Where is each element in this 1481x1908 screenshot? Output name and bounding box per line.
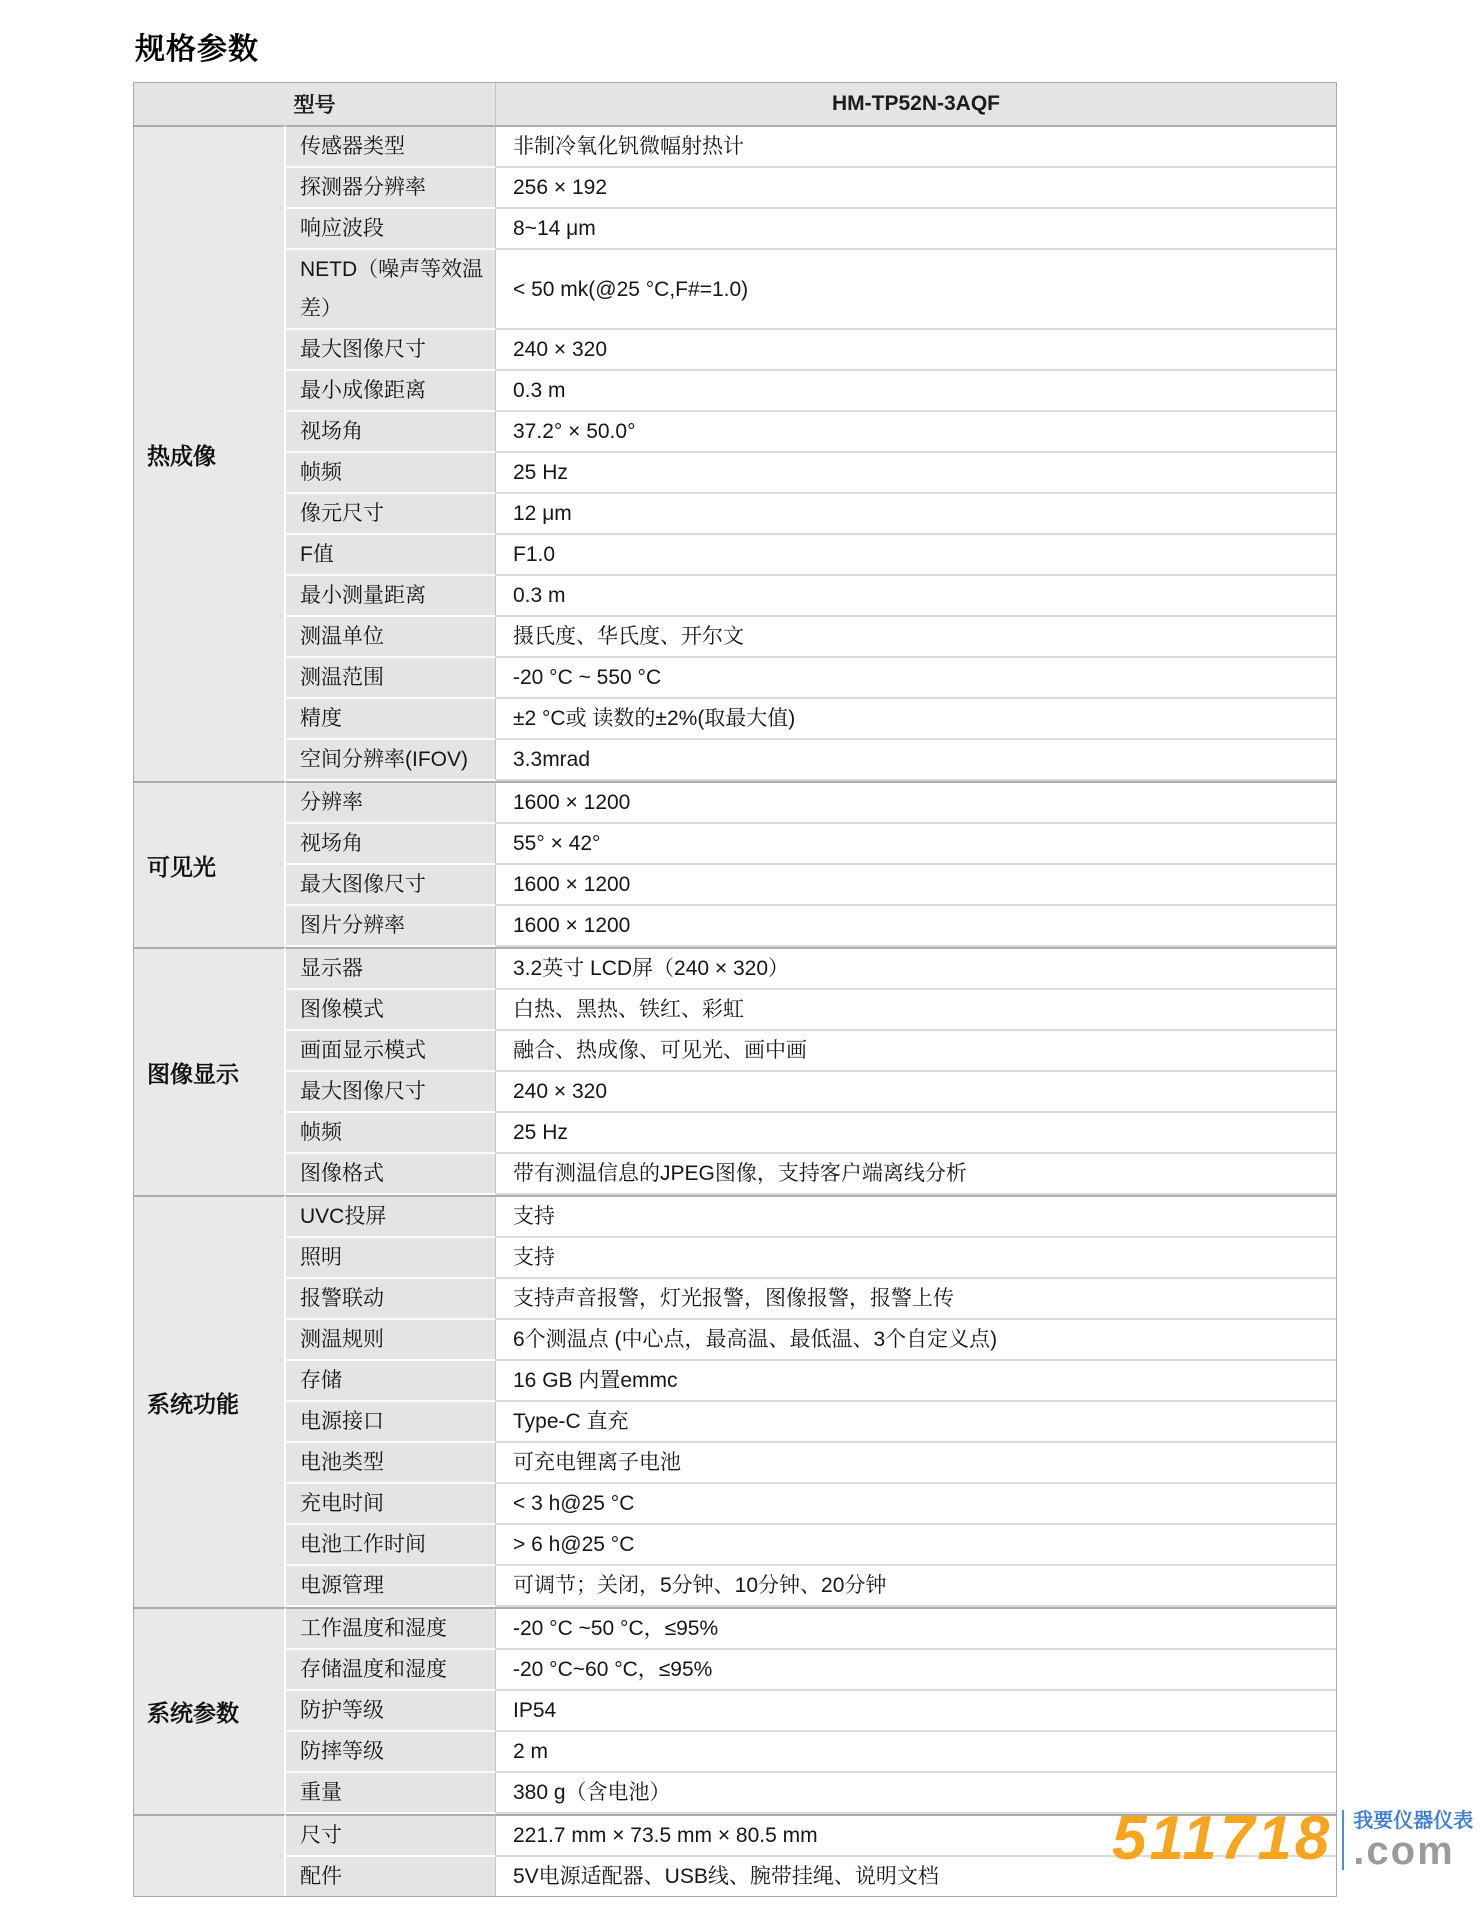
- table-row: 画面显示模式融合、热成像、可见光、画中画: [134, 1031, 1336, 1072]
- spec-label: 最小测量距离: [286, 576, 496, 617]
- spec-label: 画面显示模式: [286, 1031, 496, 1072]
- spec-label: 精度: [286, 699, 496, 740]
- table-row: 像元尺寸12 μm: [134, 494, 1336, 535]
- spec-label: 传感器类型: [286, 125, 496, 168]
- table-row: 系统参数工作温度和湿度-20 °C ~50 °C，≤95%: [134, 1607, 1336, 1650]
- spec-label: F值: [286, 535, 496, 576]
- table-row: 图像显示显示器3.2英寸 LCD屏（240 × 320）: [134, 947, 1336, 990]
- spec-label: 视场角: [286, 824, 496, 865]
- spec-value: -20 °C ~50 °C，≤95%: [496, 1607, 1336, 1650]
- spec-value: 8~14 μm: [496, 209, 1336, 250]
- table-row: 充电时间< 3 h@25 °C: [134, 1484, 1336, 1525]
- table-row: 最大图像尺寸1600 × 1200: [134, 865, 1336, 906]
- spec-label: 电源管理: [286, 1566, 496, 1607]
- spec-label: 测温范围: [286, 658, 496, 699]
- table-row: 存储16 GB 内置emmc: [134, 1361, 1336, 1402]
- spec-label: 像元尺寸: [286, 494, 496, 535]
- table-row: 视场角55° × 42°: [134, 824, 1336, 865]
- spec-value: 6个测温点 (中心点，最高温、最低温、3个自定义点): [496, 1320, 1336, 1361]
- spec-label: 尺寸: [286, 1814, 496, 1857]
- spec-value: 可充电锂离子电池: [496, 1443, 1336, 1484]
- table-row: 系统功能UVC投屏支持: [134, 1195, 1336, 1238]
- spec-label: 电池工作时间: [286, 1525, 496, 1566]
- spec-label: 最大图像尺寸: [286, 1072, 496, 1113]
- spec-label: 图像格式: [286, 1154, 496, 1195]
- spec-label: 测温规则: [286, 1320, 496, 1361]
- spec-value: -20 °C ~ 550 °C: [496, 658, 1336, 699]
- group-label: 系统功能: [134, 1195, 286, 1607]
- spec-value: 支持: [496, 1195, 1336, 1238]
- spec-value: 55° × 42°: [496, 824, 1336, 865]
- table-row: 图像模式白热、黑热、铁红、彩虹: [134, 990, 1336, 1031]
- spec-label: 最大图像尺寸: [286, 330, 496, 371]
- table-row: 探测器分辨率256 × 192: [134, 168, 1336, 209]
- spec-value: Type-C 直充: [496, 1402, 1336, 1443]
- spec-value: 非制冷氧化钒微幅射热计: [496, 125, 1336, 168]
- watermark-number: 511718: [1112, 1808, 1332, 1870]
- spec-label: 电池类型: [286, 1443, 496, 1484]
- spec-value: 融合、热成像、可见光、画中画: [496, 1031, 1336, 1072]
- spec-value: 可调节；关闭，5分钟、10分钟、20分钟: [496, 1566, 1336, 1607]
- table-row: 最大图像尺寸240 × 320: [134, 1072, 1336, 1113]
- spec-value: 0.3 m: [496, 371, 1336, 412]
- table-row: NETD（噪声等效温差）< 50 mk(@25 °C,F#=1.0): [134, 250, 1336, 330]
- watermark-right: 我要仪器仪表 .com: [1342, 1810, 1473, 1870]
- spec-value: 3.2英寸 LCD屏（240 × 320）: [496, 947, 1336, 990]
- table-row: 测温范围-20 °C ~ 550 °C: [134, 658, 1336, 699]
- spec-value: -20 °C~60 °C，≤95%: [496, 1650, 1336, 1691]
- table-row: 空间分辨率(IFOV)3.3mrad: [134, 740, 1336, 781]
- table-row: F值F1.0: [134, 535, 1336, 576]
- spec-value: > 6 h@25 °C: [496, 1525, 1336, 1566]
- page-title: 规格参数: [135, 24, 1481, 68]
- spec-label: 防摔等级: [286, 1732, 496, 1773]
- spec-value: < 50 mk(@25 °C,F#=1.0): [496, 250, 1336, 330]
- spec-value: 12 μm: [496, 494, 1336, 535]
- spec-label: 防护等级: [286, 1691, 496, 1732]
- spec-label: 分辨率: [286, 781, 496, 824]
- spec-value: 25 Hz: [496, 453, 1336, 494]
- table-row: 最小测量距离0.3 m: [134, 576, 1336, 617]
- table-row: 防摔等级2 m: [134, 1732, 1336, 1773]
- group-label: 可见光: [134, 781, 286, 947]
- table-row: 图像格式带有测温信息的JPEG图像，支持客户端离线分析: [134, 1154, 1336, 1195]
- group-label: [134, 1814, 286, 1896]
- table-row: 存储温度和湿度-20 °C~60 °C，≤95%: [134, 1650, 1336, 1691]
- spec-value: 支持声音报警，灯光报警，图像报警，报警上传: [496, 1279, 1336, 1320]
- spec-table: 型号 HM-TP52N-3AQF 热成像传感器类型非制冷氧化钒微幅射热计探测器分…: [133, 82, 1337, 1897]
- spec-label: UVC投屏: [286, 1195, 496, 1238]
- spec-value: 0.3 m: [496, 576, 1336, 617]
- spec-value: IP54: [496, 1691, 1336, 1732]
- watermark-logo: 511718 我要仪器仪表 .com: [1112, 1808, 1473, 1870]
- table-row: 电池类型可充电锂离子电池: [134, 1443, 1336, 1484]
- spec-value: ±2 °C或 读数的±2%(取最大值): [496, 699, 1336, 740]
- spec-label: 存储: [286, 1361, 496, 1402]
- table-header-row: 型号 HM-TP52N-3AQF: [134, 83, 1336, 125]
- table-row: 防护等级IP54: [134, 1691, 1336, 1732]
- spec-label: 报警联动: [286, 1279, 496, 1320]
- spec-value: 37.2° × 50.0°: [496, 412, 1336, 453]
- spec-label: 工作温度和湿度: [286, 1607, 496, 1650]
- table-row: 照明支持: [134, 1238, 1336, 1279]
- table-row: 帧频25 Hz: [134, 1113, 1336, 1154]
- spec-label: 重量: [286, 1773, 496, 1814]
- spec-value: F1.0: [496, 535, 1336, 576]
- spec-value: 1600 × 1200: [496, 906, 1336, 947]
- table-row: 测温规则6个测温点 (中心点，最高温、最低温、3个自定义点): [134, 1320, 1336, 1361]
- table-row: 测温单位摄氏度、华氏度、开尔文: [134, 617, 1336, 658]
- spec-label: 帧频: [286, 1113, 496, 1154]
- model-header-label: 型号: [134, 83, 496, 125]
- table-row: 热成像传感器类型非制冷氧化钒微幅射热计: [134, 125, 1336, 168]
- spec-label: 图像模式: [286, 990, 496, 1031]
- table-row: 帧频25 Hz: [134, 453, 1336, 494]
- model-number: HM-TP52N-3AQF: [496, 83, 1336, 125]
- spec-label: 探测器分辨率: [286, 168, 496, 209]
- table-row: 电源管理可调节；关闭，5分钟、10分钟、20分钟: [134, 1566, 1336, 1607]
- table-row: 报警联动支持声音报警，灯光报警，图像报警，报警上传: [134, 1279, 1336, 1320]
- spec-label: 帧频: [286, 453, 496, 494]
- table-row: 最大图像尺寸240 × 320: [134, 330, 1336, 371]
- spec-value: 3.3mrad: [496, 740, 1336, 781]
- spec-table-body: 热成像传感器类型非制冷氧化钒微幅射热计探测器分辨率256 × 192响应波段8~…: [134, 125, 1336, 1896]
- table-row: 电池工作时间> 6 h@25 °C: [134, 1525, 1336, 1566]
- group-label: 系统参数: [134, 1607, 286, 1814]
- spec-value: 支持: [496, 1238, 1336, 1279]
- spec-label: 充电时间: [286, 1484, 496, 1525]
- spec-label: 图片分辨率: [286, 906, 496, 947]
- group-label: 热成像: [134, 125, 286, 781]
- spec-value: 256 × 192: [496, 168, 1336, 209]
- spec-label: 最大图像尺寸: [286, 865, 496, 906]
- spec-value: 2 m: [496, 1732, 1336, 1773]
- spec-value: < 3 h@25 °C: [496, 1484, 1336, 1525]
- spec-label: 显示器: [286, 947, 496, 990]
- spec-label: 照明: [286, 1238, 496, 1279]
- group-label: 图像显示: [134, 947, 286, 1195]
- spec-value: 240 × 320: [496, 1072, 1336, 1113]
- spec-label: 测温单位: [286, 617, 496, 658]
- watermark-domain: .com: [1353, 1832, 1454, 1870]
- spec-label: 响应波段: [286, 209, 496, 250]
- spec-value: 带有测温信息的JPEG图像，支持客户端离线分析: [496, 1154, 1336, 1195]
- table-row: 响应波段8~14 μm: [134, 209, 1336, 250]
- spec-value: 25 Hz: [496, 1113, 1336, 1154]
- spec-label: 配件: [286, 1857, 496, 1896]
- spec-label: 空间分辨率(IFOV): [286, 740, 496, 781]
- spec-value: 摄氏度、华氏度、开尔文: [496, 617, 1336, 658]
- spec-label: 存储温度和湿度: [286, 1650, 496, 1691]
- table-row: 可见光分辨率1600 × 1200: [134, 781, 1336, 824]
- spec-value: 240 × 320: [496, 330, 1336, 371]
- spec-page: 规格参数 型号 HM-TP52N-3AQF 热成像传感器类型非制冷氧化钒微幅射热…: [0, 0, 1481, 1908]
- spec-value: 1600 × 1200: [496, 865, 1336, 906]
- table-row: 图片分辨率1600 × 1200: [134, 906, 1336, 947]
- table-row: 精度±2 °C或 读数的±2%(取最大值): [134, 699, 1336, 740]
- table-row: 视场角37.2° × 50.0°: [134, 412, 1336, 453]
- table-row: 电源接口Type-C 直充: [134, 1402, 1336, 1443]
- spec-label: 最小成像距离: [286, 371, 496, 412]
- spec-label: 电源接口: [286, 1402, 496, 1443]
- spec-value: 1600 × 1200: [496, 781, 1336, 824]
- spec-label: NETD（噪声等效温差）: [286, 250, 496, 330]
- spec-label: 视场角: [286, 412, 496, 453]
- spec-value: 白热、黑热、铁红、彩虹: [496, 990, 1336, 1031]
- table-row: 最小成像距离0.3 m: [134, 371, 1336, 412]
- spec-value: 16 GB 内置emmc: [496, 1361, 1336, 1402]
